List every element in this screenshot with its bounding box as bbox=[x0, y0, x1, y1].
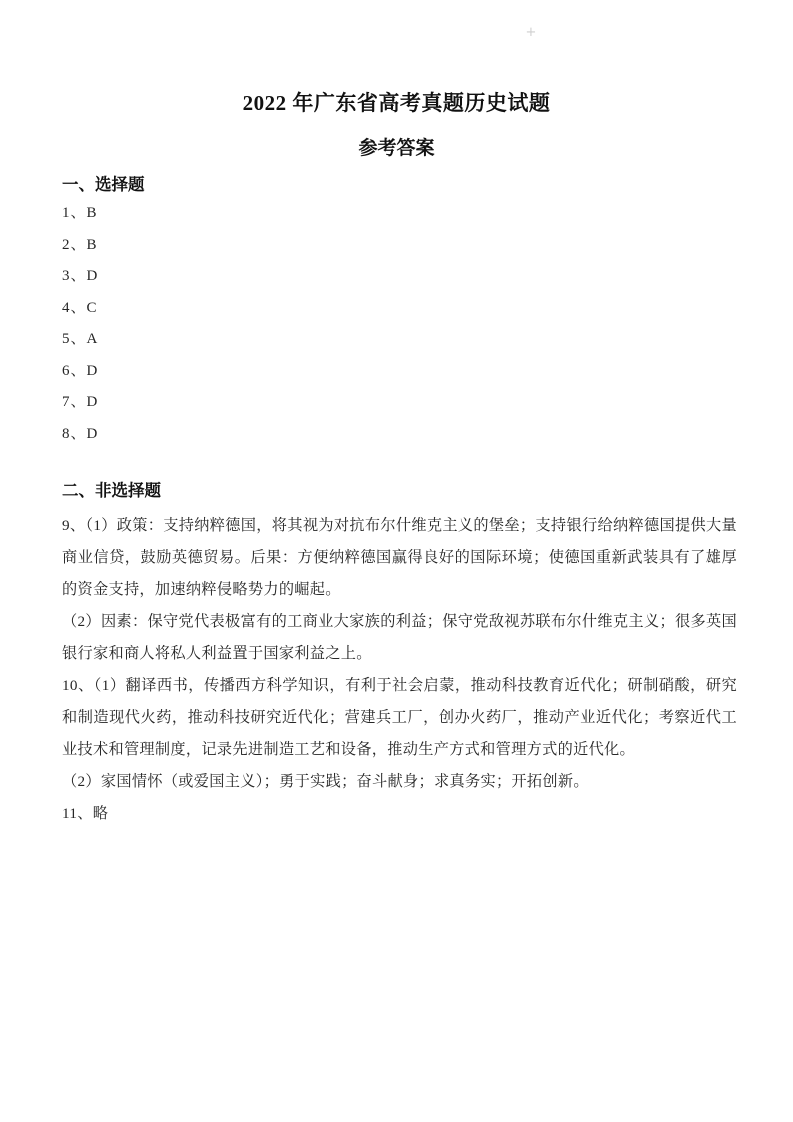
choice-answer-2: 2、B bbox=[62, 230, 793, 262]
choice-answer-4: 4、C bbox=[62, 293, 793, 325]
choice-answer-1: 1、B bbox=[62, 198, 793, 230]
essay-answer-10-part1: 10、（1）翻译西书，传播西方科学知识，有利于社会启蒙，推动科技教育近代化；研制… bbox=[0, 670, 793, 766]
essay-answer-11: 11、略 bbox=[0, 798, 793, 830]
document-page: + 2022 年广东省高考真题历史试题 参考答案 一、选择题 1、B 2、B 3… bbox=[0, 0, 793, 1122]
essay-answer-9-part2: （2）因素：保守党代表极富有的工商业大家族的利益；保守党敌视苏联布尔什维克主义；… bbox=[0, 606, 793, 670]
essay-answer-block: 9、（1）政策：支持纳粹德国，将其视为对抗布尔什维克主义的堡垒；支持银行给纳粹德… bbox=[0, 510, 793, 830]
choice-answer-8: 8、D bbox=[62, 419, 793, 451]
page-title: 2022 年广东省高考真题历史试题 bbox=[0, 0, 793, 115]
faint-cross-mark-icon: + bbox=[523, 25, 539, 41]
choice-answer-5: 5、A bbox=[62, 324, 793, 356]
section-header-essay: 二、非选择题 bbox=[62, 481, 793, 500]
choice-answer-list: 1、B 2、B 3、D 4、C 5、A 6、D 7、D 8、D bbox=[62, 198, 793, 450]
essay-answer-10-part2: （2）家国情怀（或爱国主义）；勇于实践；奋斗献身；求真务实；开拓创新。 bbox=[0, 766, 793, 798]
choice-answer-3: 3、D bbox=[62, 261, 793, 293]
essay-answer-9-part1: 9、（1）政策：支持纳粹德国，将其视为对抗布尔什维克主义的堡垒；支持银行给纳粹德… bbox=[0, 510, 793, 606]
choice-answer-6: 6、D bbox=[62, 356, 793, 388]
page-subtitle: 参考答案 bbox=[0, 138, 793, 160]
choice-answer-7: 7、D bbox=[62, 387, 793, 419]
section-header-choice: 一、选择题 bbox=[62, 175, 793, 194]
